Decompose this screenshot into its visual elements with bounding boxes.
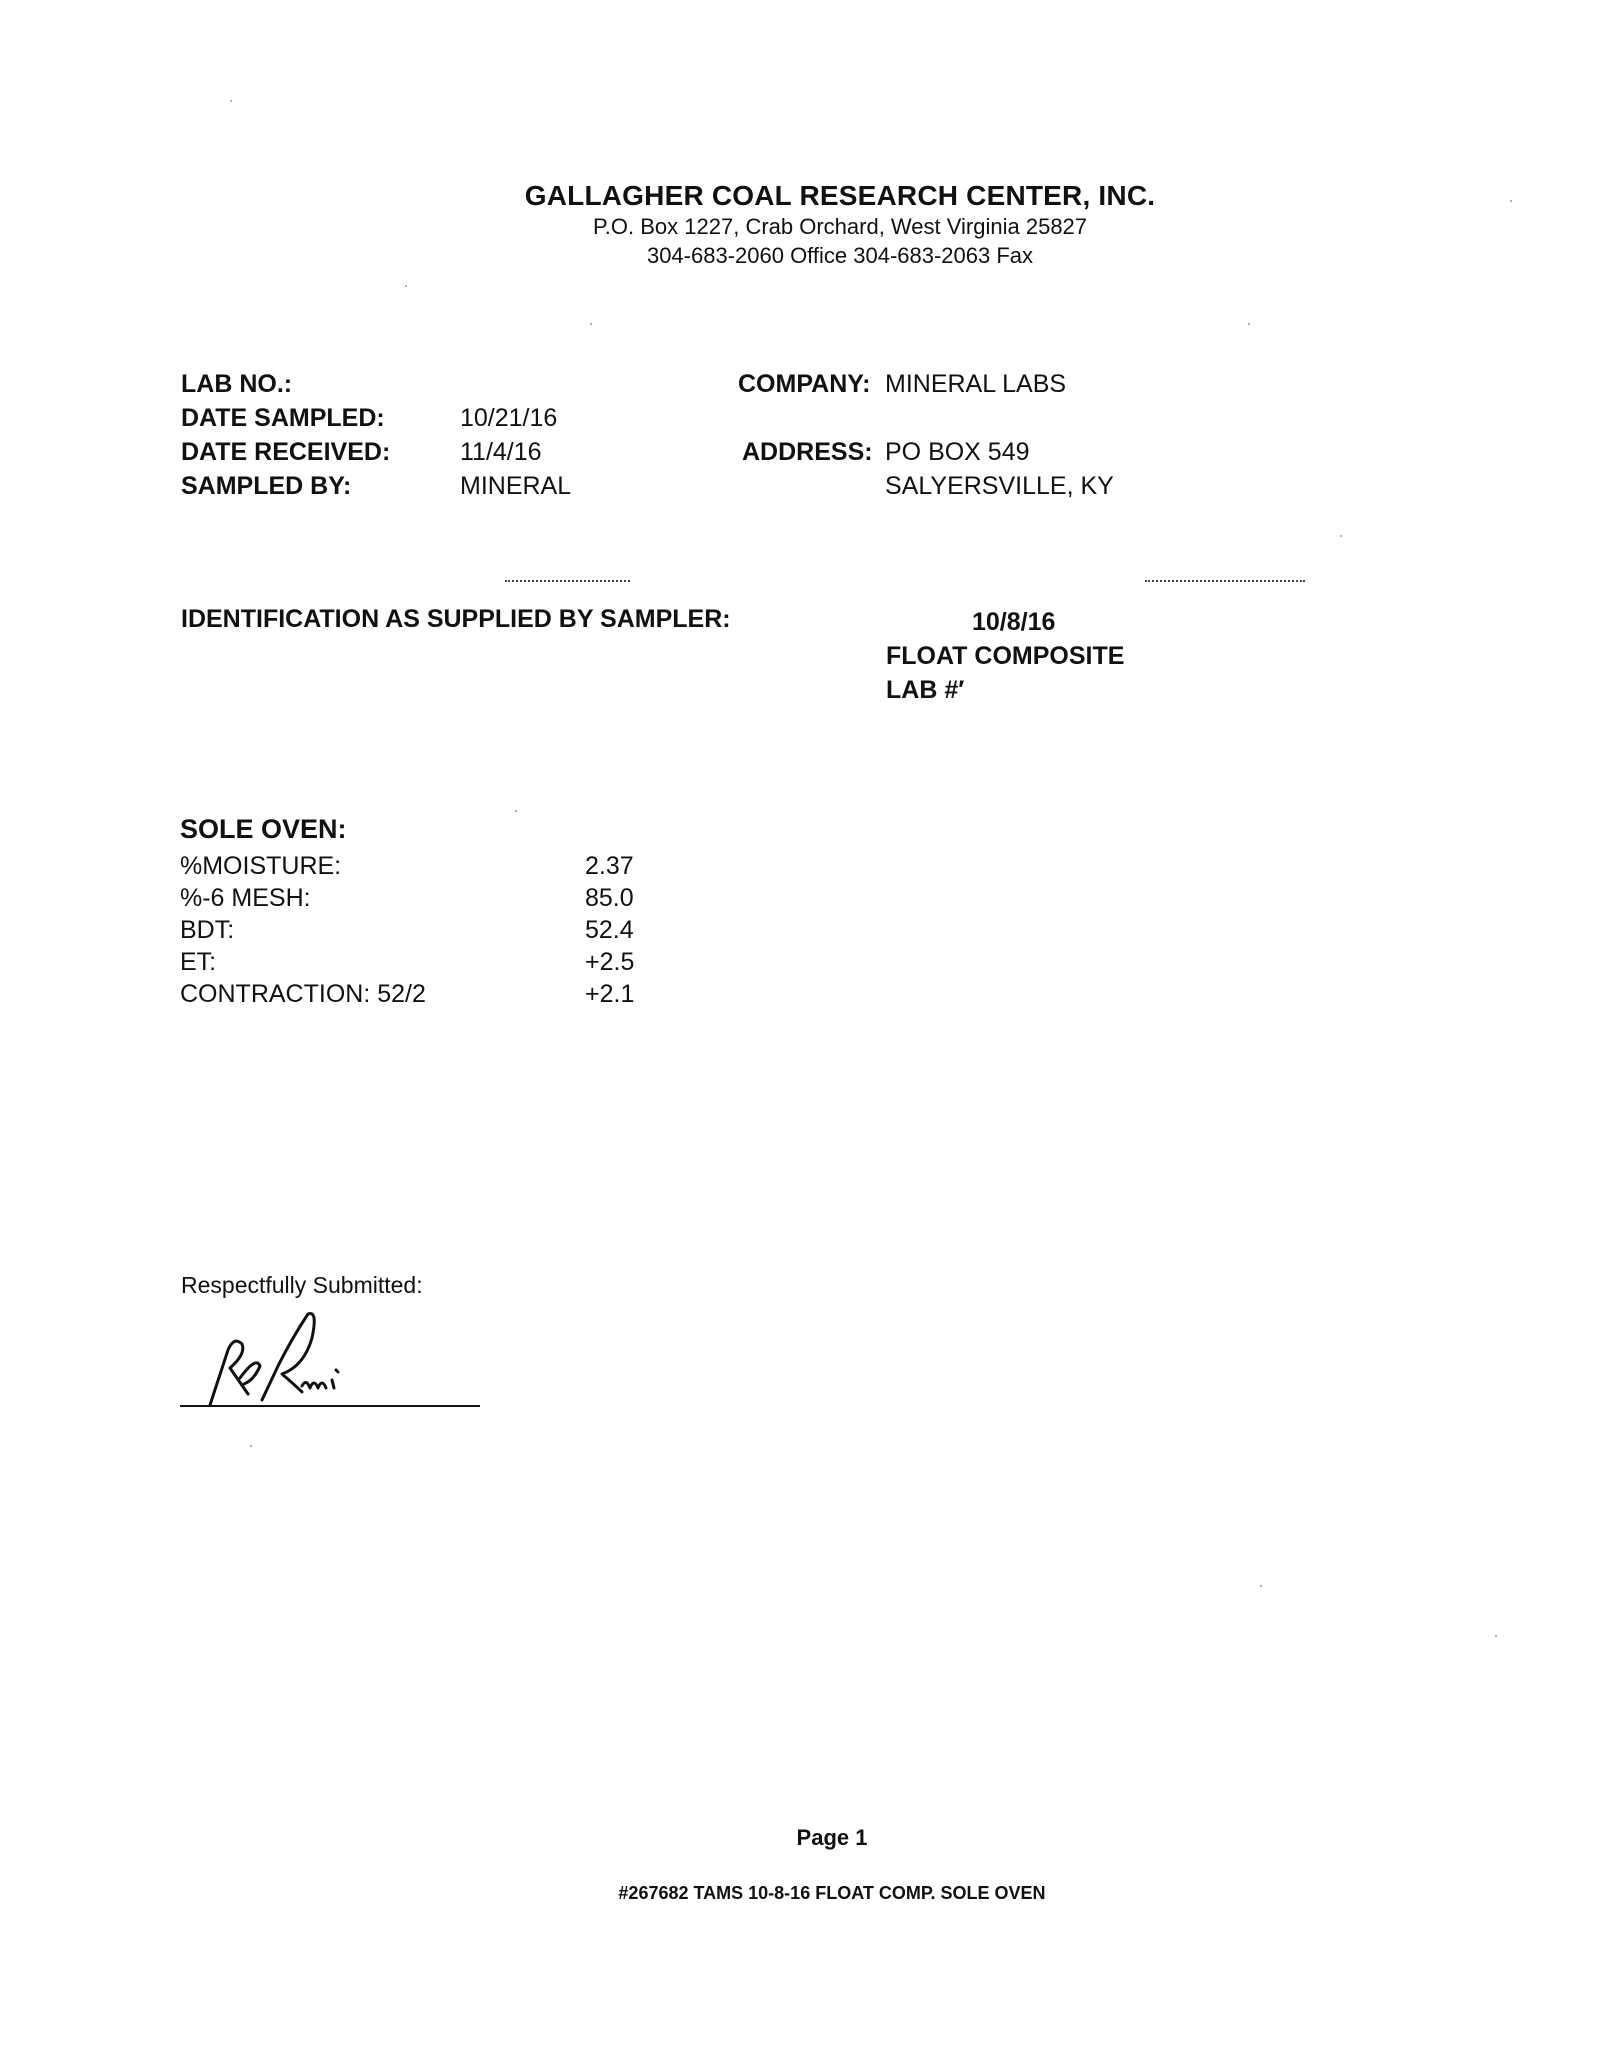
result-value: +2.1 xyxy=(585,980,630,1009)
date-received-label: DATE RECEIVED: xyxy=(181,438,390,467)
company-value: MINERAL LABS xyxy=(885,370,1066,399)
scan-speck xyxy=(1248,323,1250,325)
separator-dots xyxy=(1145,580,1305,583)
scan-speck xyxy=(590,323,592,325)
lab-no-label: LAB NO.: xyxy=(181,370,292,399)
document-reference: #267682 TAMS 10-8-16 FLOAT COMP. SOLE OV… xyxy=(0,1883,1600,1904)
result-label: %MOISTURE: xyxy=(180,852,341,881)
scan-speck xyxy=(230,100,232,102)
address-line1: PO BOX 549 xyxy=(885,438,1030,467)
separator-dots xyxy=(505,580,630,583)
scan-speck xyxy=(1495,1635,1497,1637)
address-label: ADDRESS: xyxy=(742,438,873,467)
result-label: CONTRACTION: 52/2 xyxy=(180,980,426,1009)
identification-description: FLOAT COMPOSITE xyxy=(886,642,1124,671)
signature-line xyxy=(180,1405,480,1407)
result-label: BDT: xyxy=(180,916,234,945)
scan-speck xyxy=(405,285,407,287)
result-value: +2.5 xyxy=(585,948,630,977)
result-value: 85.0 xyxy=(585,884,630,913)
date-sampled-label: DATE SAMPLED: xyxy=(181,404,385,433)
sole-oven-heading: SOLE OVEN: xyxy=(180,814,347,845)
result-label: ET: xyxy=(180,948,216,977)
page-number: Page 1 xyxy=(0,1825,1600,1851)
letterhead-address: P.O. Box 1227, Crab Orchard, West Virgin… xyxy=(0,214,1600,240)
respectfully-submitted-label: Respectfully Submitted: xyxy=(181,1272,423,1299)
identification-label: IDENTIFICATION AS SUPPLIED BY SAMPLER: xyxy=(181,605,731,634)
address-line2: SALYERSVILLE, KY xyxy=(885,472,1114,501)
company-letterhead-title: GALLAGHER COAL RESEARCH CENTER, INC. xyxy=(0,180,1600,212)
scan-speck xyxy=(515,810,517,812)
sampled-by-label: SAMPLED BY: xyxy=(181,472,351,501)
identification-date: 10/8/16 xyxy=(972,608,1055,637)
scan-speck xyxy=(1340,535,1342,537)
result-value: 52.4 xyxy=(585,916,630,945)
date-sampled-value: 10/21/16 xyxy=(460,404,557,433)
result-label: %-6 MESH: xyxy=(180,884,311,913)
date-received-value: 11/4/16 xyxy=(460,438,542,467)
sampled-by-value: MINERAL xyxy=(460,472,571,501)
scan-speck xyxy=(250,1445,252,1447)
scan-speck xyxy=(1260,1585,1262,1587)
letterhead-phone: 304-683-2060 Office 304-683-2063 Fax xyxy=(0,243,1600,269)
scan-speck xyxy=(1510,200,1512,202)
signature-icon xyxy=(200,1308,380,1408)
company-label: COMPANY: xyxy=(738,370,870,399)
result-value: 2.37 xyxy=(585,852,630,881)
identification-lab-ref: LAB #′ xyxy=(886,676,964,705)
